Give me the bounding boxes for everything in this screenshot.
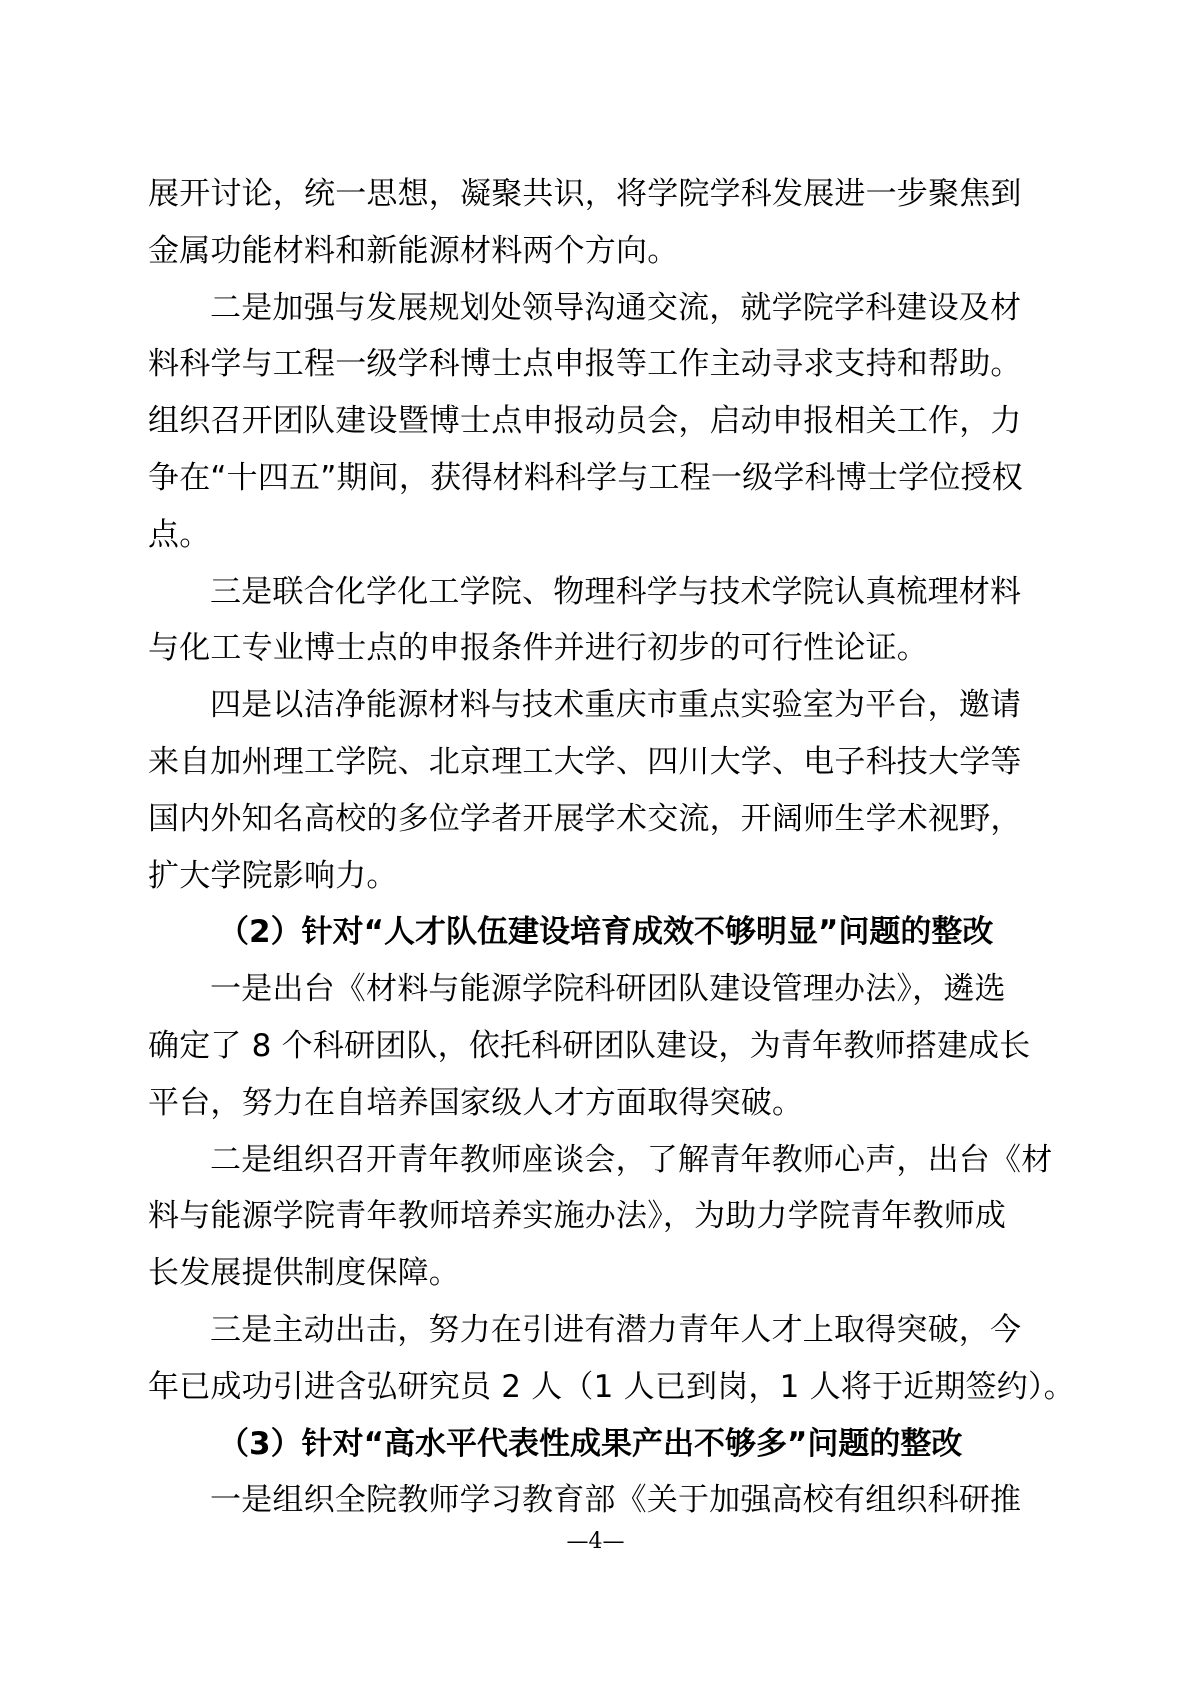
body-line: 料科学与工程一级学科博士点申报等工作主动寻求支持和帮助。 <box>148 336 978 393</box>
paragraph-start-line: 一是出台《材料与能源学院科研团队建设管理办法》，遴选 <box>148 961 978 1018</box>
section-heading-2: （2）针对“人才队伍建设培育成效不够明显”问题的整改 <box>148 904 978 961</box>
paragraph-start-line: 二是组织召开青年教师座谈会，了解青年教师心声，出台《材 <box>148 1132 978 1189</box>
body-line: 扩大学院影响力。 <box>148 848 978 905</box>
body-line: 国内外知名高校的多位学者开展学术交流，开阔师生学术视野， <box>148 791 978 848</box>
body-line: 年已成功引进含弘研究员 2 人（1 人已到岗，1 人将于近期签约）。 <box>148 1359 978 1416</box>
body-line: 点。 <box>148 507 978 564</box>
paragraph-start-line: 三是主动出击，努力在引进有潜力青年人才上取得突破，今 <box>148 1302 978 1359</box>
paragraph-start-line: 三是联合化学化工学院、物理科学与技术学院认真梳理材料 <box>148 564 978 621</box>
body-line: 组织召开团队建设暨博士点申报动员会，启动申报相关工作，力 <box>148 393 978 450</box>
paragraph-start-line: 四是以洁净能源材料与技术重庆市重点实验室为平台，邀请 <box>148 677 978 734</box>
paragraph-start-line: 一是组织全院教师学习教育部《关于加强高校有组织科研推 <box>148 1472 978 1529</box>
body-line: 平台，努力在自培养国家级人才方面取得突破。 <box>148 1075 978 1132</box>
body-line: 争在“十四五”期间，获得材料科学与工程一级学科博士学位授权 <box>148 450 978 507</box>
body-line: 长发展提供制度保障。 <box>148 1245 978 1302</box>
body-line: 来自加州理工学院、北京理工大学、四川大学、电子科技大学等 <box>148 734 978 791</box>
paragraph-start-line: 二是加强与发展规划处领导沟通交流，就学院学科建设及材 <box>148 280 978 337</box>
body-line: 与化工专业博士点的申报条件并进行初步的可行性论证。 <box>148 620 978 677</box>
body-line: 料与能源学院青年教师培养实施办法》，为助力学院青年教师成 <box>148 1188 978 1245</box>
page-number: —4— <box>0 1527 1191 1557</box>
body-line: 确定了 8 个科研团队，依托科研团队建设，为青年教师搭建成长 <box>148 1018 978 1075</box>
document-page: 展开讨论，统一思想，凝聚共识，将学院学科发展进一步聚焦到 金属功能材料和新能源材… <box>0 0 1191 1684</box>
body-line: 金属功能材料和新能源材料两个方向。 <box>148 223 978 280</box>
document-body: 展开讨论，统一思想，凝聚共识，将学院学科发展进一步聚焦到 金属功能材料和新能源材… <box>148 166 978 1529</box>
section-heading-3: （3）针对“高水平代表性成果产出不够多”问题的整改 <box>148 1416 978 1473</box>
body-line: 展开讨论，统一思想，凝聚共识，将学院学科发展进一步聚焦到 <box>148 166 978 223</box>
